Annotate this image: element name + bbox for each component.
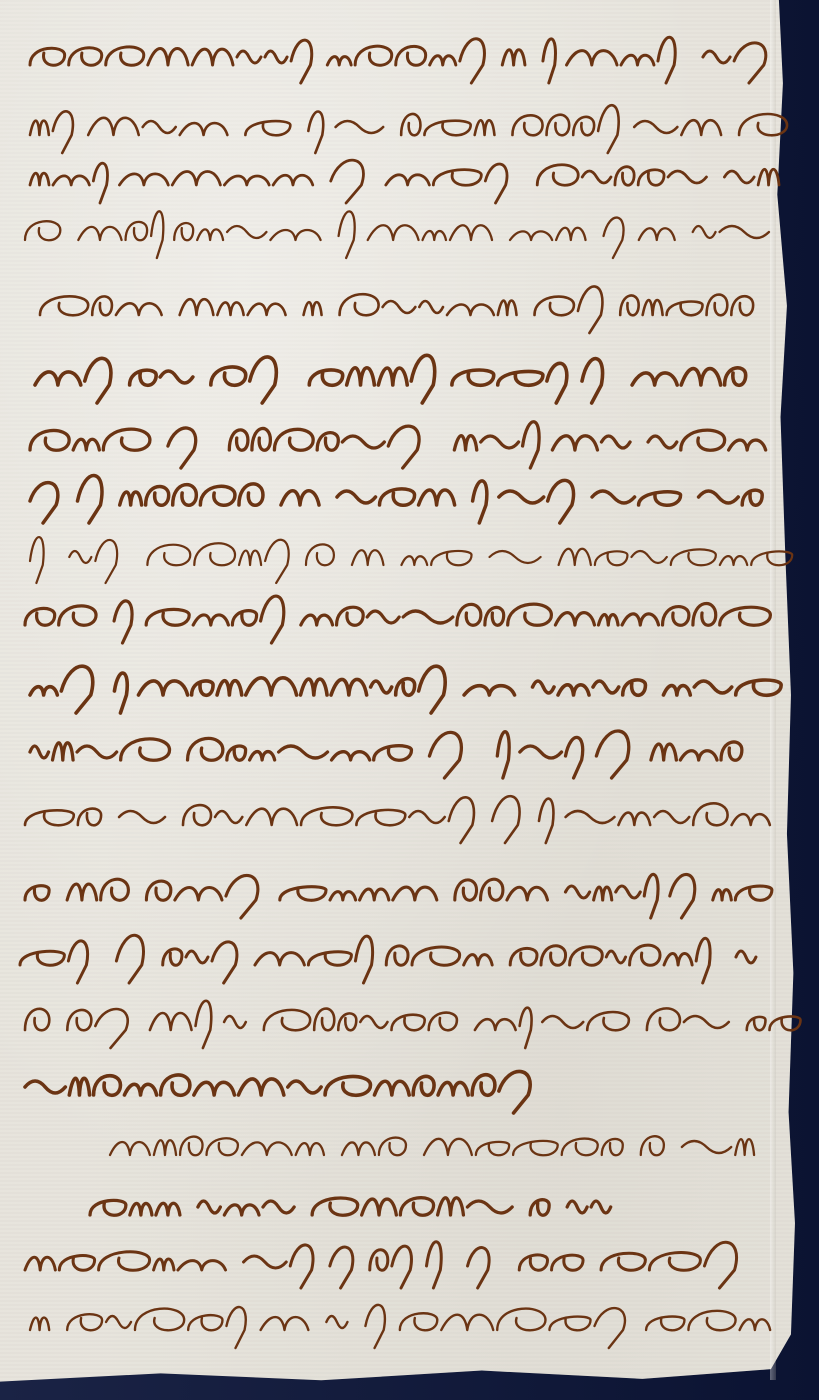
manuscript-line: Line 13 handwritten Tamil text xyxy=(25,780,755,850)
handwriting-stroke xyxy=(25,855,775,925)
manuscript-line: Line 12 handwritten Tamil text xyxy=(30,715,760,785)
handwriting-stroke xyxy=(30,650,790,720)
manuscript-line: Line 4 handwritten Tamil text xyxy=(25,195,785,265)
handwriting-stroke xyxy=(40,270,760,340)
manuscript-line: Line 15 handwritten Tamil text xyxy=(20,920,770,990)
handwriting-stroke xyxy=(20,920,770,990)
handwriting-stroke xyxy=(25,985,795,1055)
manuscript-line: Line 10 handwritten Tamil text xyxy=(25,580,765,650)
handwriting-stroke xyxy=(30,20,770,90)
handwriting-stroke xyxy=(30,715,760,785)
manuscript-line: Line 11 handwritten Tamil text xyxy=(30,650,790,720)
handwriting-stroke xyxy=(25,580,765,650)
handwriting-stroke xyxy=(25,780,755,850)
handwriting-stroke xyxy=(30,1285,780,1355)
handwriting-stroke xyxy=(35,340,755,410)
handwriting-stroke xyxy=(25,195,785,265)
photo-background: Line 1 handwritten Tamil textLine 2 hand… xyxy=(0,0,819,1400)
manuscript-line: Line 14 handwritten Tamil text xyxy=(25,855,775,925)
manuscript-line: Line 6 handwritten Tamil text xyxy=(35,340,755,410)
manuscript-line: Line 1 handwritten Tamil text xyxy=(30,20,770,90)
manuscript-line: Line 21 handwritten Tamil text (postscri… xyxy=(30,1285,780,1355)
manuscript-line: Line 5 handwritten Tamil text xyxy=(40,270,760,340)
manuscript-line: Line 16 handwritten Tamil text xyxy=(25,985,795,1055)
